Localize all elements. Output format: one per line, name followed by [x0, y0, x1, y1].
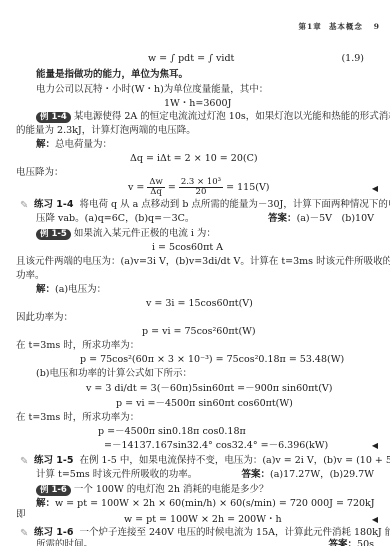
- example-badge: 例 1-4: [36, 112, 71, 123]
- pencil-icon: ✎: [20, 457, 30, 467]
- example-1-4-intro: 例 1-4某电源使得 2A 的恒定电流流过灯泡 10s，如果灯泡以光能和热能的形…: [36, 111, 390, 123]
- practice-1-5-answer: 答案：(a)17.27W，(b)29.7W: [242, 469, 374, 481]
- practice-1-4: ✎练习 1-4将电荷 q 从 a 点移动到 b 点所需的能量为－30J，计算下面…: [20, 199, 390, 211]
- example-1-5-line2: 且该元件两端的电压为：(a)v=3i V，(b)v=3di/dt V。计算在 t…: [16, 256, 390, 268]
- end-triangle-icon: ◀: [372, 514, 378, 526]
- example-1-4-line2: 的能量为 2.3kJ，计算灯泡两端的电压降。: [16, 125, 196, 137]
- part-b-voltage-eq: v = 3 di/dt = 3(－60π)5sin60πt =－900π sin…: [86, 383, 333, 395]
- example-1-6-solution: 解：w = pt = 100W × 2h × 60(min/h) × 60(s/…: [36, 498, 375, 510]
- at-t-label-b: 在 t=3ms 时，所求功率为：: [16, 412, 139, 424]
- part-b-intro: (b)电压和功率的计算公式如下所示：: [36, 368, 192, 380]
- practice-1-5: ✎练习 1-5在例 1-5 中，如果电流保持不变，电压为：(a)v = 2i V…: [20, 455, 390, 467]
- page-number: 9: [374, 22, 380, 31]
- pencil-icon: ✎: [20, 529, 30, 539]
- equation-1-9: w = ∫ pdt = ∫ vidt: [148, 53, 234, 65]
- practice-1-4-line2: 压降 vab。(a)q=6C，(b)q=－3C。: [36, 213, 194, 225]
- ie-label: 即: [16, 509, 26, 521]
- part-b-power-value2: =－14137.167sin32.4° cos32.4° =－6.396(kW): [104, 440, 328, 452]
- example-badge: 例 1-6: [36, 485, 71, 496]
- wh-equation: 1W・h=3600J: [164, 98, 231, 110]
- fraction: ΔwΔq: [147, 178, 164, 197]
- pencil-icon: ✎: [20, 201, 30, 211]
- example-1-5-solution: 解：(a)电压为：: [36, 284, 106, 296]
- energy-definition: 能量是指做功的能力，单位为焦耳。: [36, 69, 188, 81]
- practice-1-6-line2: 所需的时间。: [36, 539, 93, 546]
- charge-equation: Δq = iΔt = 2 × 10 = 20(C): [130, 153, 258, 165]
- practice-1-4-answer: 答案：(a)－5V (b)10V: [268, 213, 374, 225]
- end-triangle-icon: ◀: [372, 183, 378, 195]
- at-t-label: 在 t=3ms 时，所求功率为：: [16, 340, 139, 352]
- example-1-6-intro: 例 1-6一个 100W 的电灯泡 2h 消耗的电能是多少？: [36, 484, 268, 496]
- example-1-5-line3: 功率。: [16, 270, 45, 282]
- practice-1-6-answer: 答案：50s: [329, 539, 374, 546]
- chapter-title: 基本概念: [329, 22, 363, 31]
- part-a-power-value: p = 75cos²(60π × 3 × 10⁻³) = 75cos²0.18π…: [80, 354, 344, 366]
- voltage-drop-label: 电压降为：: [16, 167, 64, 179]
- voltage-equation: v = ΔwΔq = 2.3 × 10³20 = 115(V): [128, 178, 270, 198]
- equation-number: (1.9): [341, 53, 364, 65]
- part-b-power-eq: p = vi =－4500π sin60πt cos60πt(W): [116, 398, 293, 410]
- current-equation: i = 5cos60πt A: [152, 242, 223, 254]
- example-1-4-solution: 解：总电荷量为：: [36, 139, 112, 151]
- practice-1-6: ✎练习 1-6一个炉子连接至 240V 电压的时候电流为 15A，计算此元件消耗…: [20, 527, 390, 539]
- fraction: 2.3 × 10³20: [179, 178, 223, 197]
- practice-1-5-line2: 计算 t=5ms 时该元件所吸收的功率。: [36, 469, 197, 481]
- part-a-voltage-eq: v = 3i = 15cos60πt(V): [146, 298, 253, 310]
- chapter-label: 第1章: [298, 22, 321, 31]
- textbook-page: 第1章 基本概念 9 w = ∫ pdt = ∫ vidt (1.9) 能量是指…: [0, 0, 390, 546]
- example-1-5-intro: 例 1-5如果流入某元件正极的电流 i 为：: [36, 228, 216, 240]
- part-b-power-value1: p =－4500π sin0.18π cos0.18π: [98, 426, 246, 438]
- end-triangle-icon: ◀: [372, 440, 378, 452]
- utility-line: 电力公司以瓦特・小时(W・h)为单位度量能量，其中：: [36, 84, 268, 96]
- part-a-power-eq: p = vi = 75cos²60πt(W): [142, 326, 256, 338]
- example-badge: 例 1-5: [36, 229, 71, 240]
- running-header: 第1章 基本概念 9: [298, 21, 380, 33]
- power-label: 因此功率为：: [16, 312, 73, 324]
- wh-result-eq: w = pt = 100W × 2h = 200W・h: [124, 514, 282, 526]
